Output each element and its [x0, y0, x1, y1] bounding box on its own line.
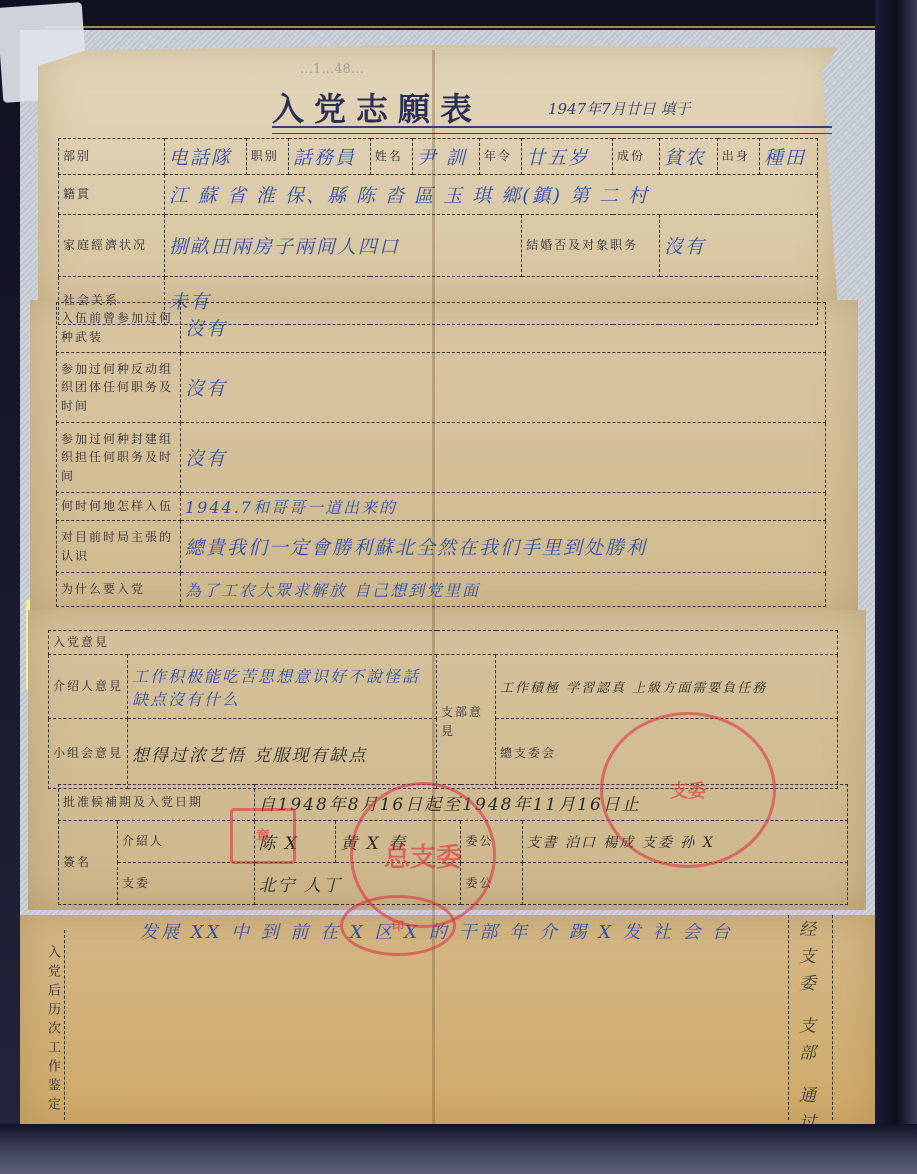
reason-value: 為了工农大眾求解放 自己想到党里面: [181, 573, 826, 607]
enlistment-value: 1944.7和哥哥一道出来的: [181, 493, 826, 521]
origin-label: 出身: [717, 139, 759, 175]
group-opinion-label: 小组会意見: [49, 719, 128, 789]
work-evaluation-label: 入党后历次工作鉴定: [40, 945, 62, 1116]
document-title: 入党志願表: [272, 84, 482, 130]
origin-value: 種田: [759, 139, 817, 175]
rule-line: [832, 915, 833, 1120]
signature-label: 簽名: [59, 821, 118, 905]
age-label: 年令: [480, 139, 522, 175]
class-label: 成份: [613, 139, 660, 175]
opinions-header: 入党意見: [49, 631, 838, 655]
approval-label: 批准候補期及入党日期: [59, 785, 255, 821]
duty-label: 职别: [246, 139, 288, 175]
name-value: 尹 訓: [412, 139, 479, 175]
family-economy-value: 捌畝田兩房子兩间人四口: [164, 215, 521, 277]
rule-line: [788, 915, 789, 1120]
fill-date: 1947年7月廿日 填于: [548, 98, 691, 119]
branch-committee-opinion: 工作積極 学習認真 上級方面需要負任務: [496, 655, 838, 719]
branch-opinion-label: 支部意見: [437, 655, 496, 789]
marriage-label: 結婚否及对象职务: [522, 215, 660, 277]
unit-label: 部别: [59, 139, 165, 175]
reason-label: 为什么要入党: [57, 573, 181, 607]
class-value: 貧农: [659, 139, 717, 175]
paper-fragment-bottom: [20, 915, 875, 1130]
family-economy-label: 家庭經濟状况: [59, 215, 165, 277]
red-seal-branch: 支委: [600, 712, 776, 868]
branch-secretary-label: 支委: [118, 863, 255, 905]
reactionary-org-label: 参加过何种反动组织团体任何职务及时间: [57, 353, 181, 423]
views-value: 總貴我们一定會勝利蘇北全然在我们手里到处勝利: [181, 521, 826, 573]
feudal-org-label: 参加过何种封建组织担任何职务及时间: [57, 423, 181, 493]
views-label: 对目前时局主張的认识: [57, 521, 181, 573]
prior-army-label: 入伍前曾参加过何种武装: [57, 303, 181, 353]
title-rule: [272, 126, 832, 134]
feudal-org-value: 沒有: [181, 423, 826, 493]
red-seal-bottom: 印: [340, 895, 456, 956]
empty-cell: [522, 863, 848, 905]
introducer-opinion-value: 工作积极能吃苦思想意识好不說怪話缺点沒有什么: [128, 655, 437, 719]
introducer-opinion-label: 介绍人意見: [49, 655, 128, 719]
frame-bottom-edge: [0, 1124, 917, 1174]
name-label: 姓名: [370, 139, 412, 175]
native-place-value: 江 蘇 省 淮 保、縣 陈 㳫 區 玉 琪 鄉(鎮) 第 二 村: [164, 175, 817, 215]
rule-line: [64, 930, 65, 1120]
group-opinion-value: 想得过浓艺悟 克服现有缺点: [128, 719, 437, 789]
history-table: 入伍前曾参加过何种武装 沒有 参加过何种反动组织团体任何职务及时间 沒有 参加过…: [56, 302, 826, 607]
pencil-note: …1…48…: [300, 62, 364, 77]
duty-value: 話務員: [288, 139, 370, 175]
unit-value: 电話隊: [164, 139, 246, 175]
reactionary-org-value: 沒有: [181, 353, 826, 423]
frame-right-edge: [875, 0, 917, 1174]
native-place-label: 籍貫: [59, 175, 165, 215]
approval-vertical-note: 经支委 支部 通过: [792, 920, 818, 1140]
frame-gold-trim: [45, 26, 875, 28]
marriage-value: 沒有: [659, 215, 817, 277]
basic-info-table: 部别 电話隊 职别 話務員 姓名 尹 訓 年令 廿五岁 成份 貧农 出身 種田 …: [58, 138, 818, 325]
prior-army-value: 沒有: [181, 303, 826, 353]
age-value: 廿五岁: [522, 139, 613, 175]
red-seal-personal: 章: [230, 808, 296, 864]
enlistment-label: 何时何地怎样入伍: [57, 493, 181, 521]
